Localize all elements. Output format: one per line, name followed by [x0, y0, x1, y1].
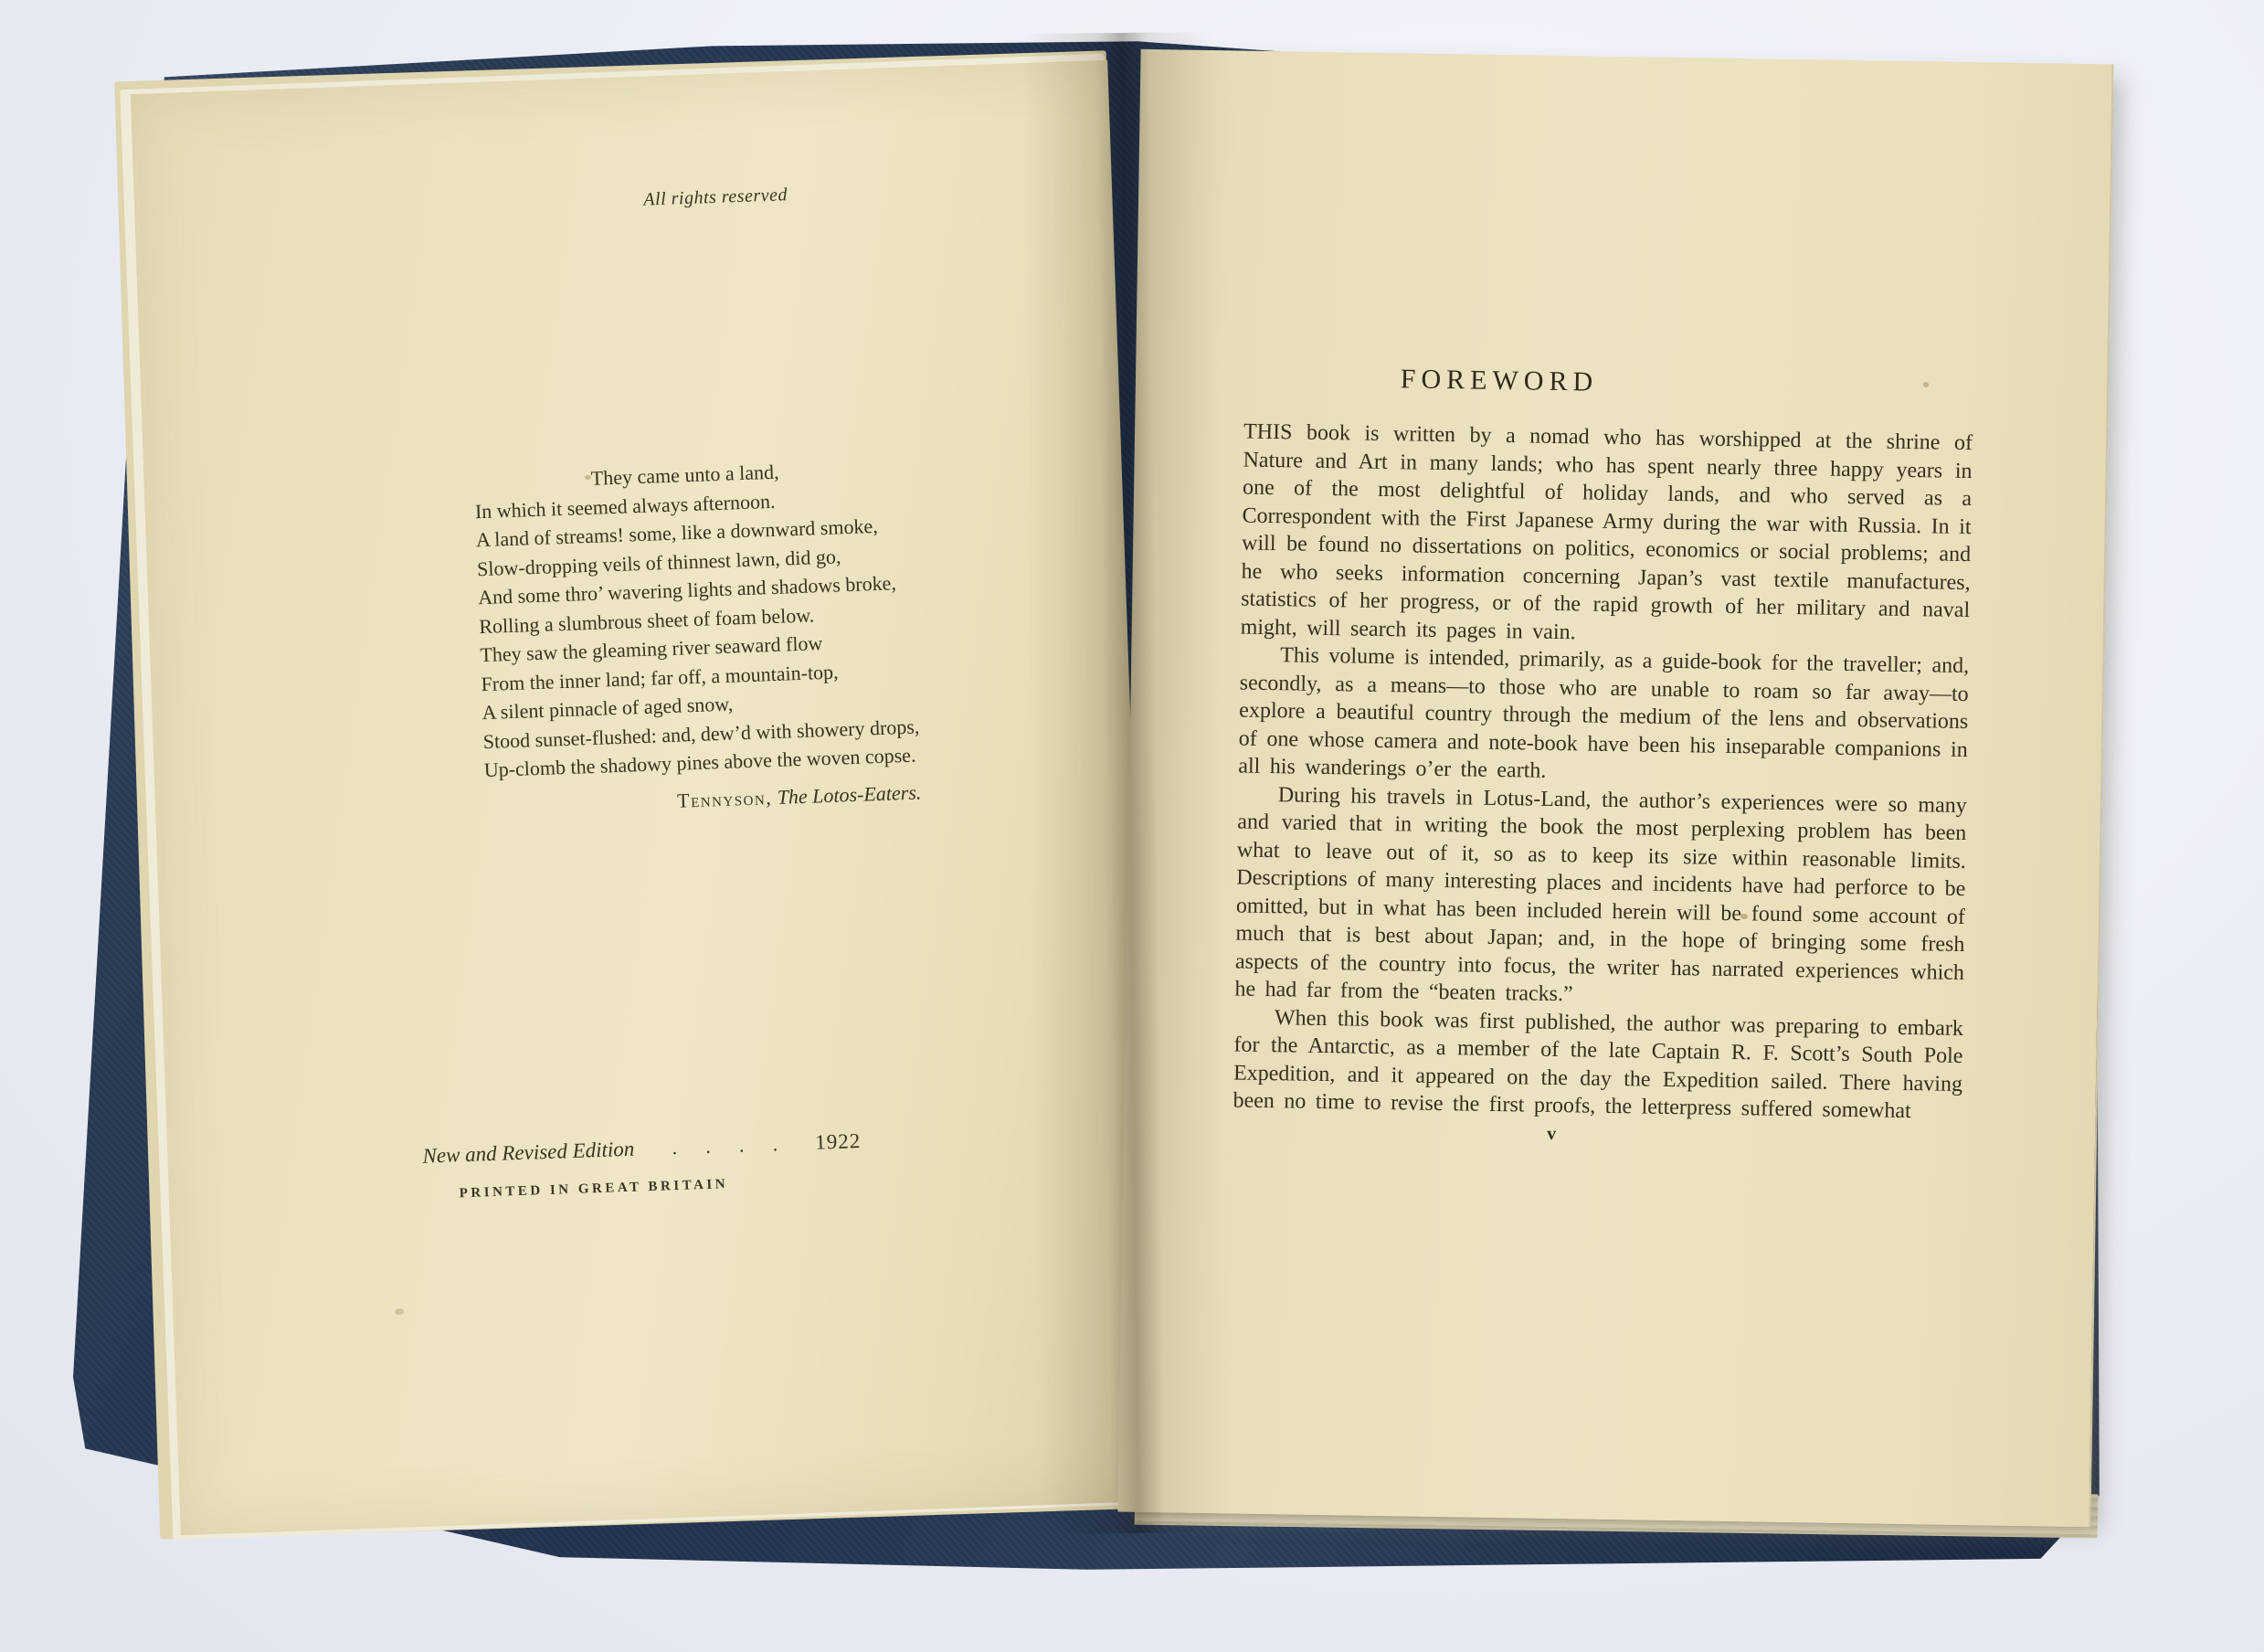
- right-page: FOREWORD THIS book is written by a nomad…: [1117, 49, 2113, 1528]
- photo-background: All rights reserved They came unto a lan…: [0, 0, 2264, 1652]
- rights-notice: All rights reserved: [574, 182, 858, 213]
- leader-dot: .: [772, 1132, 778, 1156]
- page-title: FOREWORD: [1135, 360, 1864, 403]
- poem-attribution: Tennyson, The Lotos-Eaters.: [677, 775, 998, 815]
- foreword-paragraph: When this book was first published, the …: [1233, 1003, 1963, 1127]
- left-page: All rights reserved They came unto a lan…: [131, 60, 1158, 1535]
- leader-dot: .: [705, 1135, 711, 1159]
- poem-work-title: The Lotos-Eaters.: [777, 780, 921, 808]
- foreword-paragraph: During his travels in Lotus-Land, the au…: [1234, 780, 1967, 1015]
- leader-dot: .: [672, 1136, 677, 1160]
- poem-author: Tennyson,: [677, 786, 773, 812]
- imprint-notice: PRINTED IN GREAT BRITAIN: [452, 1177, 735, 1202]
- edition-line: New and Revised Edition .... 1922: [422, 1129, 862, 1169]
- leader-dots: ....: [634, 1131, 816, 1161]
- leader-dot: .: [738, 1133, 744, 1157]
- edition-label: New and Revised Edition: [422, 1138, 635, 1169]
- edition-year: 1922: [815, 1129, 862, 1155]
- poem-lines: They came unto a land,In which it seemed…: [473, 450, 996, 785]
- poem: They came unto a land,In which it seemed…: [473, 450, 997, 821]
- foreword-paragraph: THIS book is written by a nomad who has …: [1240, 418, 1973, 653]
- foreword-paragraphs: THIS book is written by a nomad who has …: [1233, 418, 1973, 1127]
- foreword-column: FOREWORD THIS book is written by a nomad…: [1233, 362, 1973, 1151]
- foreword-paragraph: This volume is intended, primarily, as a…: [1238, 641, 1969, 792]
